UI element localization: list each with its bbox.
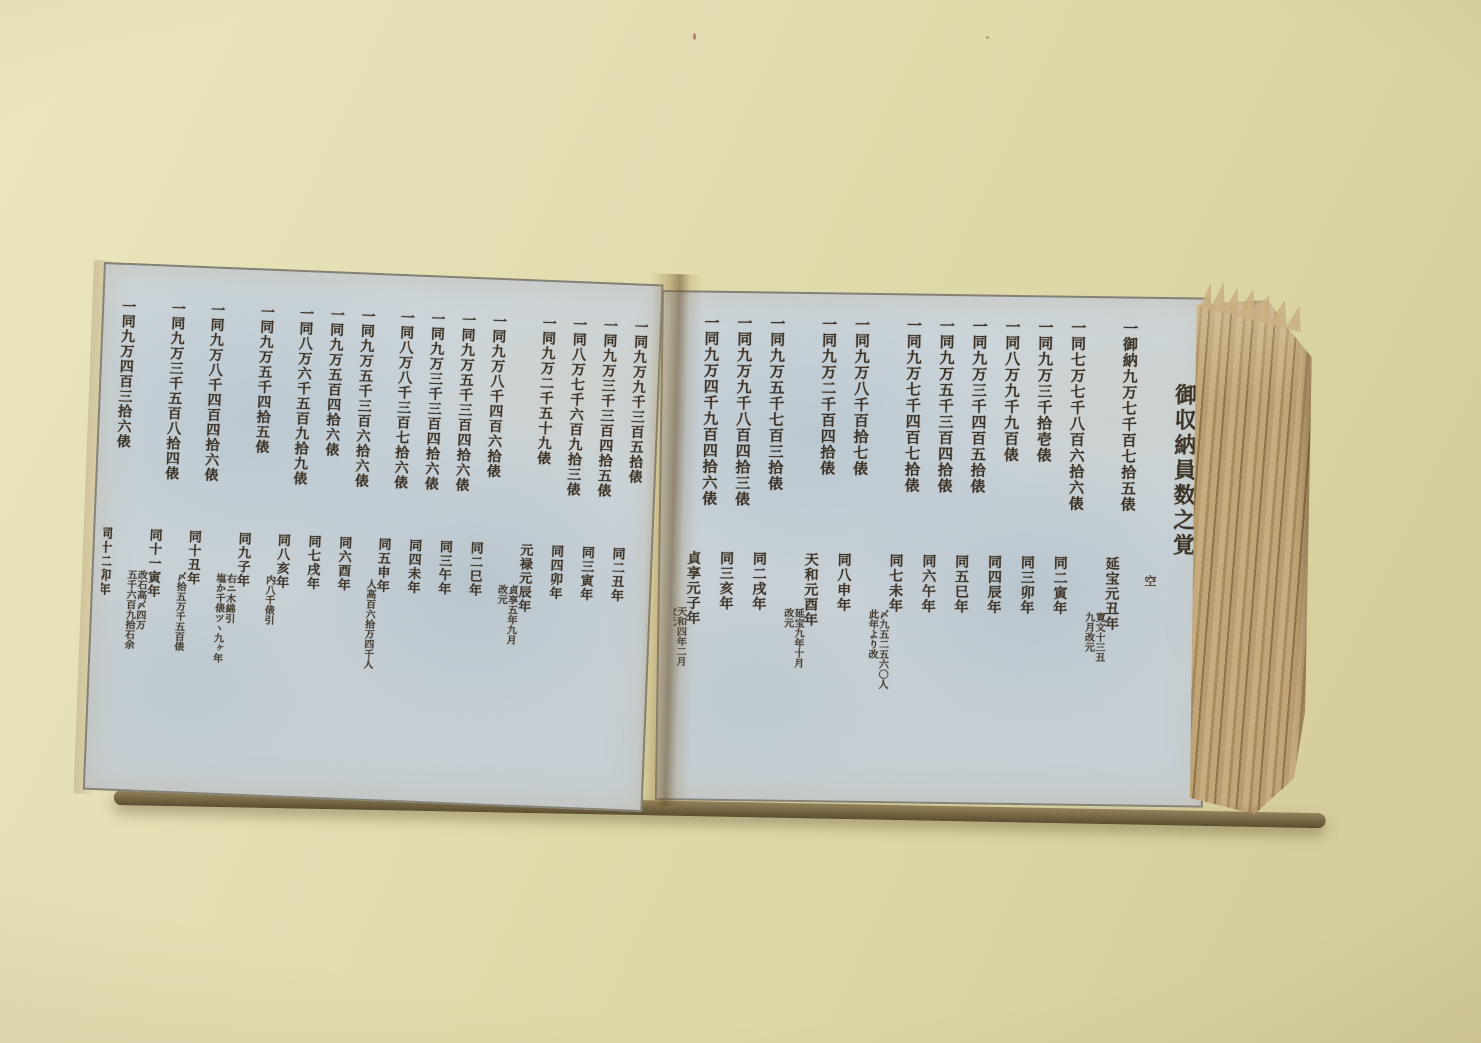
- photo-background: 一同九万九千三百五拾俵同二丑年一同九万三千三百四拾五俵同三寅年一同八万七千六百九…: [0, 0, 1481, 1043]
- manuscript-column: 一同九万五千三百四拾俵同六午年: [918, 318, 955, 778]
- manuscript-column: 一御納九万七千百七拾五俵延宝元丑年寛文十三丑 九月改元: [1080, 320, 1138, 781]
- manuscript-column: 一同九万七千四百七拾俵同七未年〆九五二五六〇人 此年より改: [864, 317, 922, 778]
- dust-speck: [693, 33, 696, 40]
- open-manuscript-book: 一同九万九千三百五拾俵同二丑年一同九万三千三百四拾五俵同三寅年一同八万七千六百九…: [96, 256, 1332, 816]
- right-page-columns: 御収納員数之覚 一御納九万七千百七拾五俵延宝元丑年寛文十三丑 九月改元一同七万七…: [671, 314, 1197, 781]
- right-page: 御収納員数之覚 一御納九万七千百七拾五俵延宝元丑年寛文十三丑 九月改元一同七万七…: [655, 290, 1210, 808]
- left-page-columns: 一同九万九千三百五拾俵同二丑年一同九万三千三百四拾五俵同三寅年一同八万七千六百九…: [94, 298, 648, 787]
- manuscript-column: 一同九万三千四百五拾俵同五巳年: [951, 318, 988, 778]
- manuscript-column: 一同九万二千百四拾俵天和元酉年延宝九年十月 改元: [779, 316, 837, 777]
- manuscript-column: 一同八万九千九百俵同四辰年: [983, 319, 1020, 779]
- manuscript-column: 一同九万九千八百四拾三俵同三亥年: [715, 315, 752, 775]
- margin-mark: 空: [1142, 575, 1159, 587]
- manuscript-column: 一同九万四千九百四拾六俵貞享元子年天和四年二月 改元: [671, 314, 719, 775]
- left-page: 一同九万九千三百五拾俵同二丑年一同九万三千三百四拾五俵同三寅年一同八万七千六百九…: [83, 262, 664, 812]
- manuscript-column: 一同九万三千拾壱俵同三卯年: [1016, 319, 1053, 779]
- dust-speck: [986, 36, 989, 39]
- fore-edge-page-stack: [1190, 299, 1312, 814]
